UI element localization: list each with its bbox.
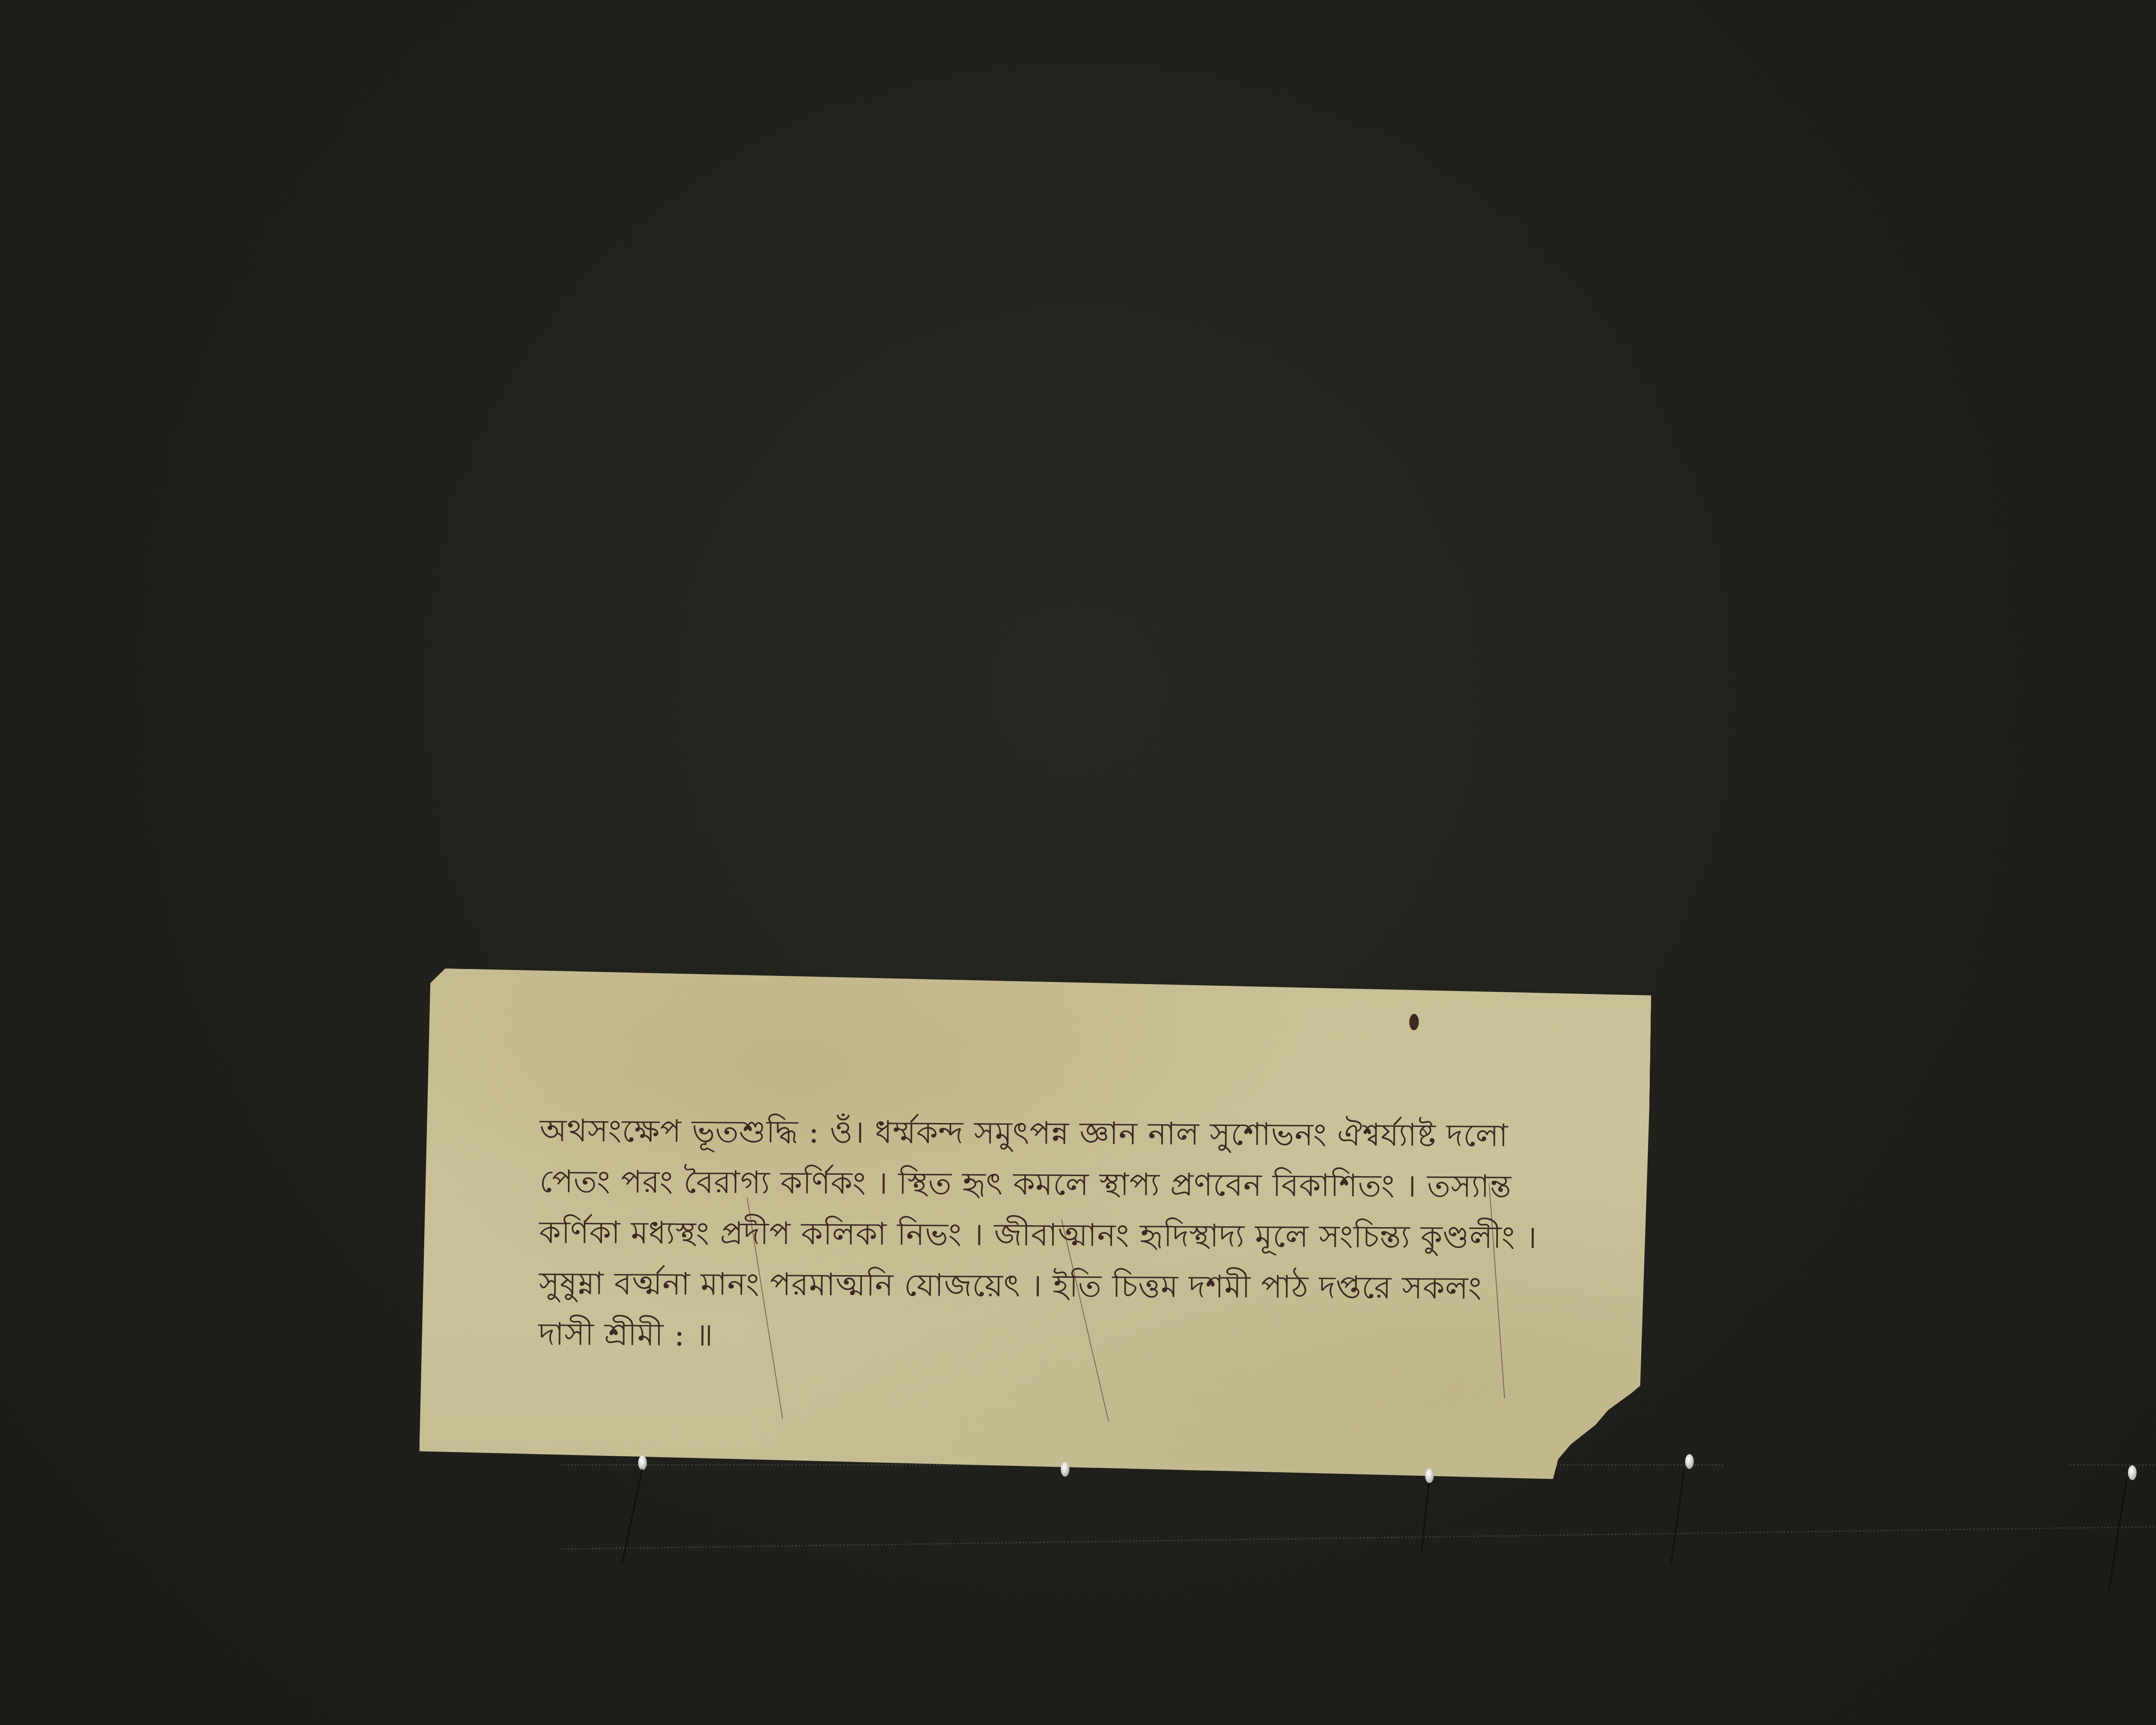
pin-shaft bbox=[1421, 1483, 1429, 1551]
pin-icon bbox=[1061, 1462, 1069, 1477]
pin-icon bbox=[2128, 1465, 2137, 1480]
pin-icon bbox=[1685, 1454, 1694, 1469]
manuscript-leaf: অথসংক্ষেপ ভূতশুদ্ধি : ওঁ। ধর্ম্মকন্দ সমু… bbox=[419, 968, 1651, 1485]
pin-icon bbox=[1425, 1468, 1434, 1483]
pin-shaft bbox=[621, 1468, 643, 1566]
board-thread bbox=[561, 1522, 2156, 1550]
pin-shaft bbox=[1670, 1468, 1685, 1562]
pin-shaft bbox=[2108, 1479, 2127, 1590]
text-line-1: অথসংক্ষেপ ভূতশুদ্ধি : ওঁ। ধর্ম্মকন্দ সমু… bbox=[539, 1105, 1596, 1161]
ink-spot bbox=[1409, 1014, 1419, 1030]
manuscript-text: অথসংক্ষেপ ভূতশুদ্ধি : ওঁ। ধর্ম্মকন্দ সমু… bbox=[539, 1105, 1596, 1365]
board-thread bbox=[2070, 1464, 2156, 1466]
pin-icon bbox=[638, 1455, 647, 1470]
text-line-4: সুষুম্না বর্ত্মনা মানং পরমাত্মনি যোজয়েৎ… bbox=[539, 1258, 1596, 1314]
text-line-2: পেতং পরং বৈরাগ্য কর্ণিকং । স্থিত হৃৎ কমল… bbox=[539, 1156, 1596, 1212]
text-line-5: দাসী শ্রীমী : ॥ bbox=[539, 1308, 1595, 1365]
text-line-3: কর্ণিকা মধ্যস্থং প্রদীপ কলিকা নিভং । জীব… bbox=[539, 1207, 1596, 1263]
display-board: অথসংক্ষেপ ভূতশুদ্ধি : ওঁ। ধর্ম্মকন্দ সমু… bbox=[0, 0, 2156, 1725]
